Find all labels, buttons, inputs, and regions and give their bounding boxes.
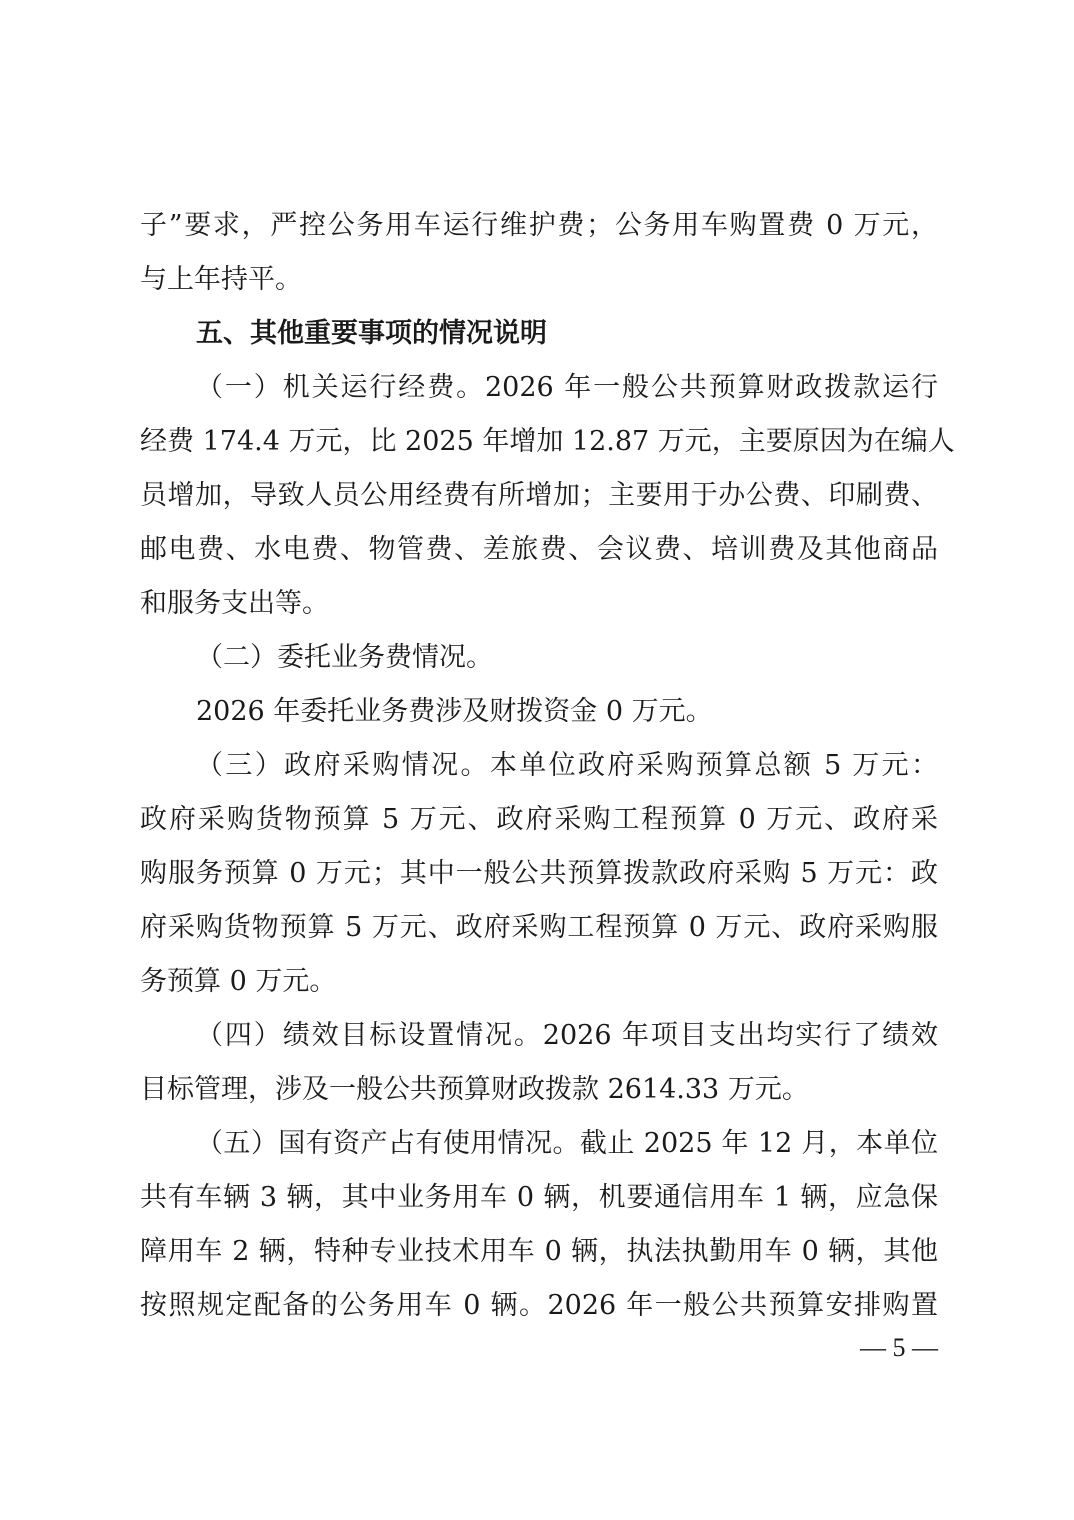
body-text-line: （五）国有资产占有使用情况。截止 2025 年 12 月，本单位 bbox=[196, 1126, 938, 1162]
body-text-line: （四）绩效目标设置情况。2026 年项目支出均实行了绩效 bbox=[196, 1018, 938, 1054]
body-text-line: 政府采购货物预算 5 万元、政府采购工程预算 0 万元、政府采 bbox=[140, 802, 938, 838]
body-text-line: 按照规定配备的公务用车 0 辆。2026 年一般公共预算安排购置 bbox=[140, 1288, 938, 1324]
page-number: — 5 — bbox=[860, 1333, 938, 1363]
section-heading: 五、其他重要事项的情况说明 bbox=[196, 316, 938, 352]
body-text-line: 邮电费、水电费、物管费、差旅费、会议费、培训费及其他商品 bbox=[140, 532, 938, 568]
body-text-line: 2026 年委托业务费涉及财拨资金 0 万元。 bbox=[196, 694, 938, 730]
body-text-line: （三）政府采购情况。本单位政府采购预算总额 5 万元： bbox=[196, 748, 938, 784]
body-text-line: 员增加，导致人员公用经费有所增加；主要用于办公费、印刷费、 bbox=[140, 478, 938, 514]
body-text-line: 目标管理，涉及一般公共预算财政拨款 2614.33 万元。 bbox=[140, 1072, 938, 1108]
body-text-line: （一）机关运行经费。2026 年一般公共预算财政拨款运行 bbox=[196, 370, 938, 406]
document-page: 子”要求，严控公务用车运行维护费；公务用车购置费 0 万元，与上年持平。五、其他… bbox=[0, 0, 1074, 1520]
body-text-line: （二）委托业务费情况。 bbox=[196, 640, 938, 676]
body-text-line: 障用车 2 辆，特种专业技术用车 0 辆，执法执勤用车 0 辆，其他 bbox=[140, 1234, 938, 1270]
body-text-line: 购服务预算 0 万元；其中一般公共预算拨款政府采购 5 万元：政 bbox=[140, 856, 938, 892]
body-text-line: 与上年持平。 bbox=[140, 262, 938, 298]
body-text-line: 和服务支出等。 bbox=[140, 586, 938, 622]
body-text-line: 府采购货物预算 5 万元、政府采购工程预算 0 万元、政府采购服 bbox=[140, 910, 938, 946]
body-text-line: 子”要求，严控公务用车运行维护费；公务用车购置费 0 万元， bbox=[140, 208, 938, 244]
body-text-line: 共有车辆 3 辆，其中业务用车 0 辆，机要通信用车 1 辆，应急保 bbox=[140, 1180, 938, 1216]
body-text-line: 经费 174.4 万元，比 2025 年增加 12.87 万元，主要原因为在编人 bbox=[140, 424, 938, 460]
body-text-line: 务预算 0 万元。 bbox=[140, 964, 938, 1000]
